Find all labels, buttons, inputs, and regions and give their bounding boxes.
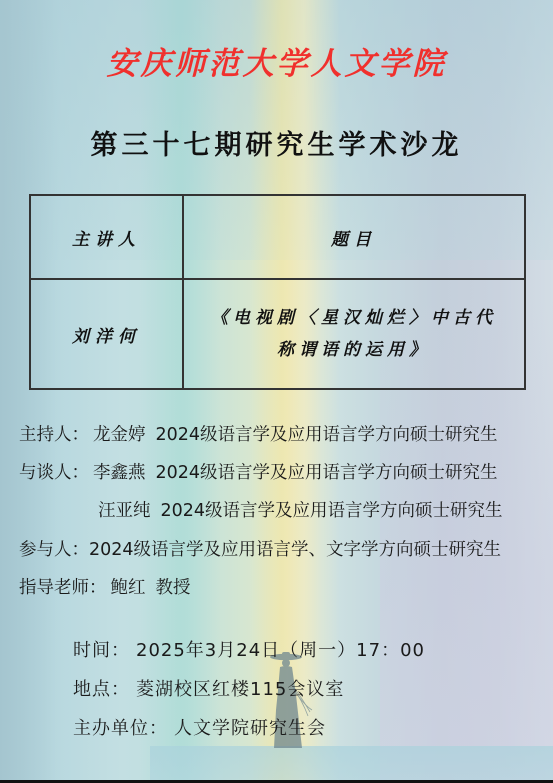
advisor-name: 鲍红: [111, 578, 146, 598]
table-cell-topic: 《电视剧〈星汉灿烂〉中古代 称谓语的运用》: [184, 280, 524, 388]
participants-line: 参与人：2024级语言学及应用语言学、文字学方向硕士研究生: [19, 536, 501, 561]
discussant-label: 与谈人：: [19, 463, 89, 483]
discussant-desc: 2024级语言学及应用语言学方向硕士研究生: [161, 501, 503, 521]
participants-label: 参与人：: [19, 540, 89, 560]
college-title: 安庆师范大学人文学院: [0, 38, 553, 83]
background-left-streak: [0, 0, 60, 783]
event-organizer: 主办单位：人文学院研究生会: [73, 714, 326, 740]
table-cell-speaker: 刘洋何: [31, 280, 182, 388]
discussant-line-1: 与谈人：李鑫燕2024级语言学及应用语言学方向硕士研究生: [19, 459, 498, 484]
talk-table: 主讲人 题目 刘洋何 《电视剧〈星汉灿烂〉中古代 称谓语的运用》: [29, 194, 526, 390]
organizer-value: 人文学院研究生会: [174, 718, 326, 739]
background-water: [150, 746, 553, 781]
discussant-line-2: 汪亚纯2024级语言学及应用语言学方向硕士研究生: [98, 497, 503, 522]
discussant-desc: 2024级语言学及应用语言学方向硕士研究生: [156, 463, 498, 483]
advisor-title: 教授: [156, 578, 191, 598]
host-name: 龙金婷: [93, 425, 146, 445]
place-label: 地点：: [73, 679, 130, 700]
event-place: 地点：菱湖校区红楼115会议室: [73, 675, 344, 701]
organizer-label: 主办单位：: [73, 718, 168, 739]
advisor-line: 指导老师：鲍红教授: [19, 574, 191, 599]
host-line: 主持人：龙金婷2024级语言学及应用语言学方向硕士研究生: [19, 421, 498, 446]
discussant-name: 汪亚纯: [98, 501, 151, 521]
event-time: 时间：2025年3月24日（周一）17：00: [73, 636, 425, 662]
topic-line-1: 《电视剧〈星汉灿烂〉中古代: [211, 302, 497, 334]
poster: 安庆师范大学人文学院 第三十七期研究生学术沙龙 主讲人 题目 刘洋何 《电视剧〈…: [0, 0, 553, 783]
time-value: 2025年3月24日（周一）17：00: [136, 640, 425, 661]
time-label: 时间：: [73, 640, 130, 661]
host-label: 主持人：: [19, 425, 89, 445]
participants-desc: 2024级语言学及应用语言学、文字学方向硕士研究生: [89, 540, 501, 560]
advisor-label: 指导老师：: [19, 578, 107, 598]
table-header-topic: 题目: [184, 196, 524, 278]
salon-title: 第三十七期研究生学术沙龙: [0, 123, 553, 162]
discussant-name: 李鑫燕: [93, 463, 146, 483]
table-header-speaker: 主讲人: [31, 196, 182, 278]
background-cyan-streak: [140, 0, 220, 783]
host-desc: 2024级语言学及应用语言学方向硕士研究生: [156, 425, 498, 445]
topic-line-2: 称谓语的运用》: [277, 334, 431, 366]
place-value: 菱湖校区红楼115会议室: [136, 679, 344, 700]
